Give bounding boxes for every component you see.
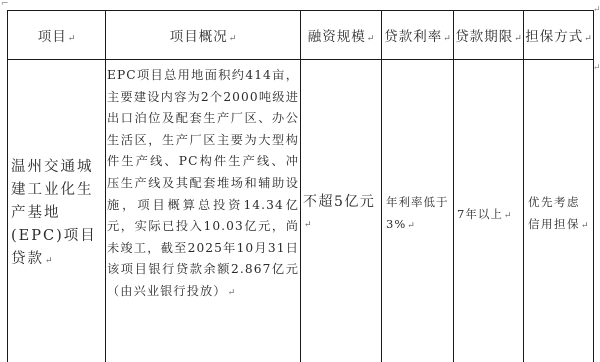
cell-project: 温州交通城建工业化生产基地(EPC)项目贷款↵ bbox=[8, 60, 106, 362]
cell-loan-term: 7年以上↵ bbox=[454, 60, 524, 362]
header-guarantee: 担保方式↵ bbox=[524, 11, 594, 60]
paragraph-mark-icon: ↵ bbox=[504, 211, 512, 221]
corner-mark-top-left: ⌐ bbox=[1, 0, 9, 9]
corner-mark-top-right: ↵ bbox=[593, 6, 600, 15]
cell-loan-rate: 年利率低于3%↵ bbox=[382, 60, 454, 362]
corner-mark-row-right: ↵ bbox=[593, 64, 600, 73]
paragraph-mark-icon: ↵ bbox=[367, 34, 375, 44]
header-loan-rate: 贷款利率↵ bbox=[382, 11, 454, 60]
header-loan-term: 贷款期限↵ bbox=[454, 11, 524, 60]
paragraph-mark-icon: ↵ bbox=[443, 34, 451, 44]
paragraph-mark-icon: ↵ bbox=[407, 221, 415, 231]
paragraph-mark-icon: ↵ bbox=[304, 220, 312, 230]
header-financing-scale: 融资规模↵ bbox=[301, 11, 382, 60]
cell-financing-scale: 不超5亿元↵ bbox=[301, 60, 382, 362]
header-row: 项目↵ 项目概况↵ 融资规模↵ 贷款利率↵ 贷款期限↵ 担保方式↵ bbox=[8, 11, 594, 60]
paragraph-mark-icon: ↵ bbox=[229, 34, 237, 44]
paragraph-mark-icon: ↵ bbox=[45, 256, 53, 266]
cell-guarantee: 优先考虑信用担保↵ bbox=[524, 60, 594, 362]
cell-overview: EPC项目总用地面积约414亩，主要建设内容为2个2000吨级进出口泊位及配套生… bbox=[106, 60, 301, 362]
header-overview: 项目概况↵ bbox=[106, 11, 301, 60]
loan-project-table: 项目↵ 项目概况↵ 融资规模↵ 贷款利率↵ 贷款期限↵ 担保方式↵ 温州交通城建… bbox=[7, 10, 594, 362]
paragraph-mark-icon: ↵ bbox=[581, 221, 589, 231]
table-row: 温州交通城建工业化生产基地(EPC)项目贷款↵ EPC项目总用地面积约414亩，… bbox=[8, 60, 594, 362]
paragraph-mark-icon: ↵ bbox=[68, 34, 76, 44]
paragraph-mark-icon: ↵ bbox=[228, 288, 236, 298]
header-project: 项目↵ bbox=[8, 11, 106, 60]
paragraph-mark-icon: ↵ bbox=[584, 34, 592, 44]
paragraph-mark-icon: ↵ bbox=[514, 34, 522, 44]
